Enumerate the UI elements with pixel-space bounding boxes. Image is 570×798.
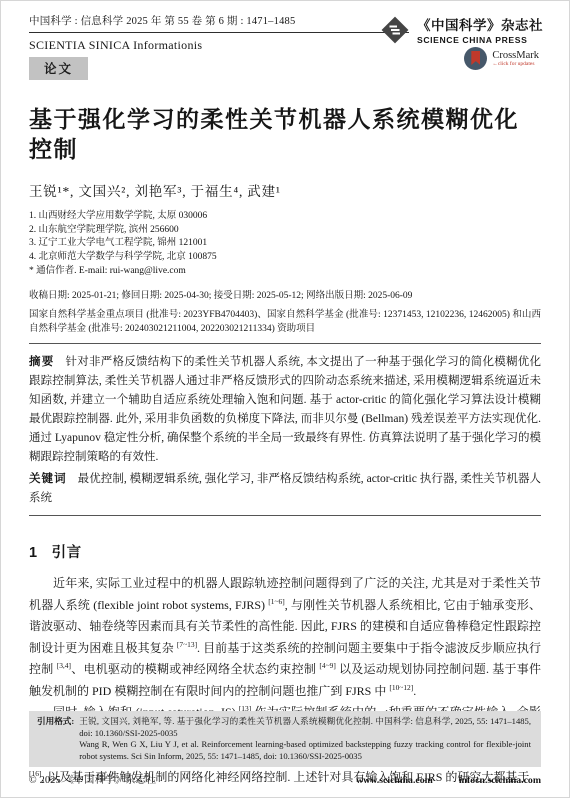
page-footer: © 2025 《中国科学》杂志社 www.scichina.cominfocn.… xyxy=(29,771,541,786)
divider-bottom xyxy=(29,515,541,516)
press-logo-block: 《中国科学》杂志社 SCIENCE CHINA PRESS xyxy=(380,14,543,45)
section-number: 1 xyxy=(29,545,38,561)
crossmark-badge[interactable]: CrossMark ←click for updates xyxy=(464,47,539,70)
affiliation-item: 3. 辽宁工业大学电气工程学院, 锦州 121001 xyxy=(29,237,541,251)
citation-en: Wang R, Wen G X, Liu Y J, et al. Reinfor… xyxy=(79,739,531,762)
affiliation-item: 1. 山西财经大学应用数学学院, 太原 030006 xyxy=(29,210,541,224)
affiliations-block: 1. 山西财经大学应用数学学院, 太原 030006 2. 山东航空学院理学院,… xyxy=(29,210,541,279)
citation-cn: 王锐, 文国兴, 刘艳军, 等. 基于强化学习的柔性关节机器人系统模糊优化控制.… xyxy=(79,716,531,739)
abstract-block: 摘要针对非严格反馈结构下的柔性关节机器人系统, 本文提出了一种基于强化学习的简化… xyxy=(29,353,541,467)
footer-links: www.scichina.cominfocn.scichina.com xyxy=(330,775,541,786)
press-name-cn: 《中国科学》杂志社 xyxy=(417,14,543,34)
keywords-block: 关键词最优控制, 模糊逻辑系统, 强化学习, 非严格反馈结构系统, actor-… xyxy=(29,470,541,508)
intro-paragraph: 近年来, 实际工业过程中的机器人跟踪轨迹控制问题得到了广泛的关注, 尤其是对于柔… xyxy=(29,573,541,702)
crossmark-sub: ←click for updates xyxy=(492,61,539,67)
crossmark-icon xyxy=(464,47,487,70)
abstract-text: 针对非严格反馈结构下的柔性关节机器人系统, 本文提出了一种基于强化学习的简化模糊… xyxy=(29,356,541,463)
affiliation-item: 4. 北京师范大学数学与科学学院, 北京 100875 xyxy=(29,251,541,265)
keywords-label: 关键词 xyxy=(29,473,67,485)
correspondence-email[interactable]: rui-wang@live.com xyxy=(110,266,186,276)
paper-page: 中国科学 : 信息科学 2025 年 第 55 卷 第 6 期 : 1471–1… xyxy=(0,0,570,798)
keywords-text: 最优控制, 模糊逻辑系统, 强化学习, 非严格反馈结构系统, actor-cri… xyxy=(29,473,541,504)
footer-link-scichina[interactable]: www.scichina.com xyxy=(356,775,433,786)
science-china-press-diamond-icon xyxy=(380,15,410,45)
correspondence-line: * 通信作者. E-mail: rui-wang@live.com xyxy=(29,265,541,279)
header-rule xyxy=(29,32,409,33)
footer-link-infocn[interactable]: infocn.scichina.com xyxy=(459,775,541,786)
authors-line: 王锐¹*, 文国兴², 刘艳军³, 于福生⁴, 武建¹ xyxy=(29,180,541,200)
citation-label: 引用格式: xyxy=(37,716,74,762)
section-heading: 1引言 xyxy=(29,541,541,562)
affiliation-item: 2. 山东航空学院理学院, 滨州 256600 xyxy=(29,224,541,238)
correspondence-prefix: * 通信作者. E-mail: xyxy=(29,266,110,276)
footer-copyright: © 2025 《中国科学》杂志社 xyxy=(29,771,156,786)
article-type-badge: 论文 xyxy=(29,57,88,80)
divider-top xyxy=(29,343,541,344)
press-name-en: SCIENCE CHINA PRESS xyxy=(417,35,543,45)
paper-title: 基于强化学习的柔性关节机器人系统模糊优化控制 xyxy=(29,105,541,165)
dates-line: 收稿日期: 2025-01-21; 修回日期: 2025-04-30; 接受日期… xyxy=(29,287,541,301)
citation-box: 引用格式: 王锐, 文国兴, 刘艳军, 等. 基于强化学习的柔性关节机器人系统模… xyxy=(29,711,541,767)
funding-line: 国家自然科学基金重点项目 (批准号: 2023YFB4704403)、国家自然科… xyxy=(29,308,541,336)
crossmark-label: CrossMark xyxy=(492,50,539,61)
section-title: 引言 xyxy=(52,545,82,561)
abstract-label: 摘要 xyxy=(29,356,55,368)
